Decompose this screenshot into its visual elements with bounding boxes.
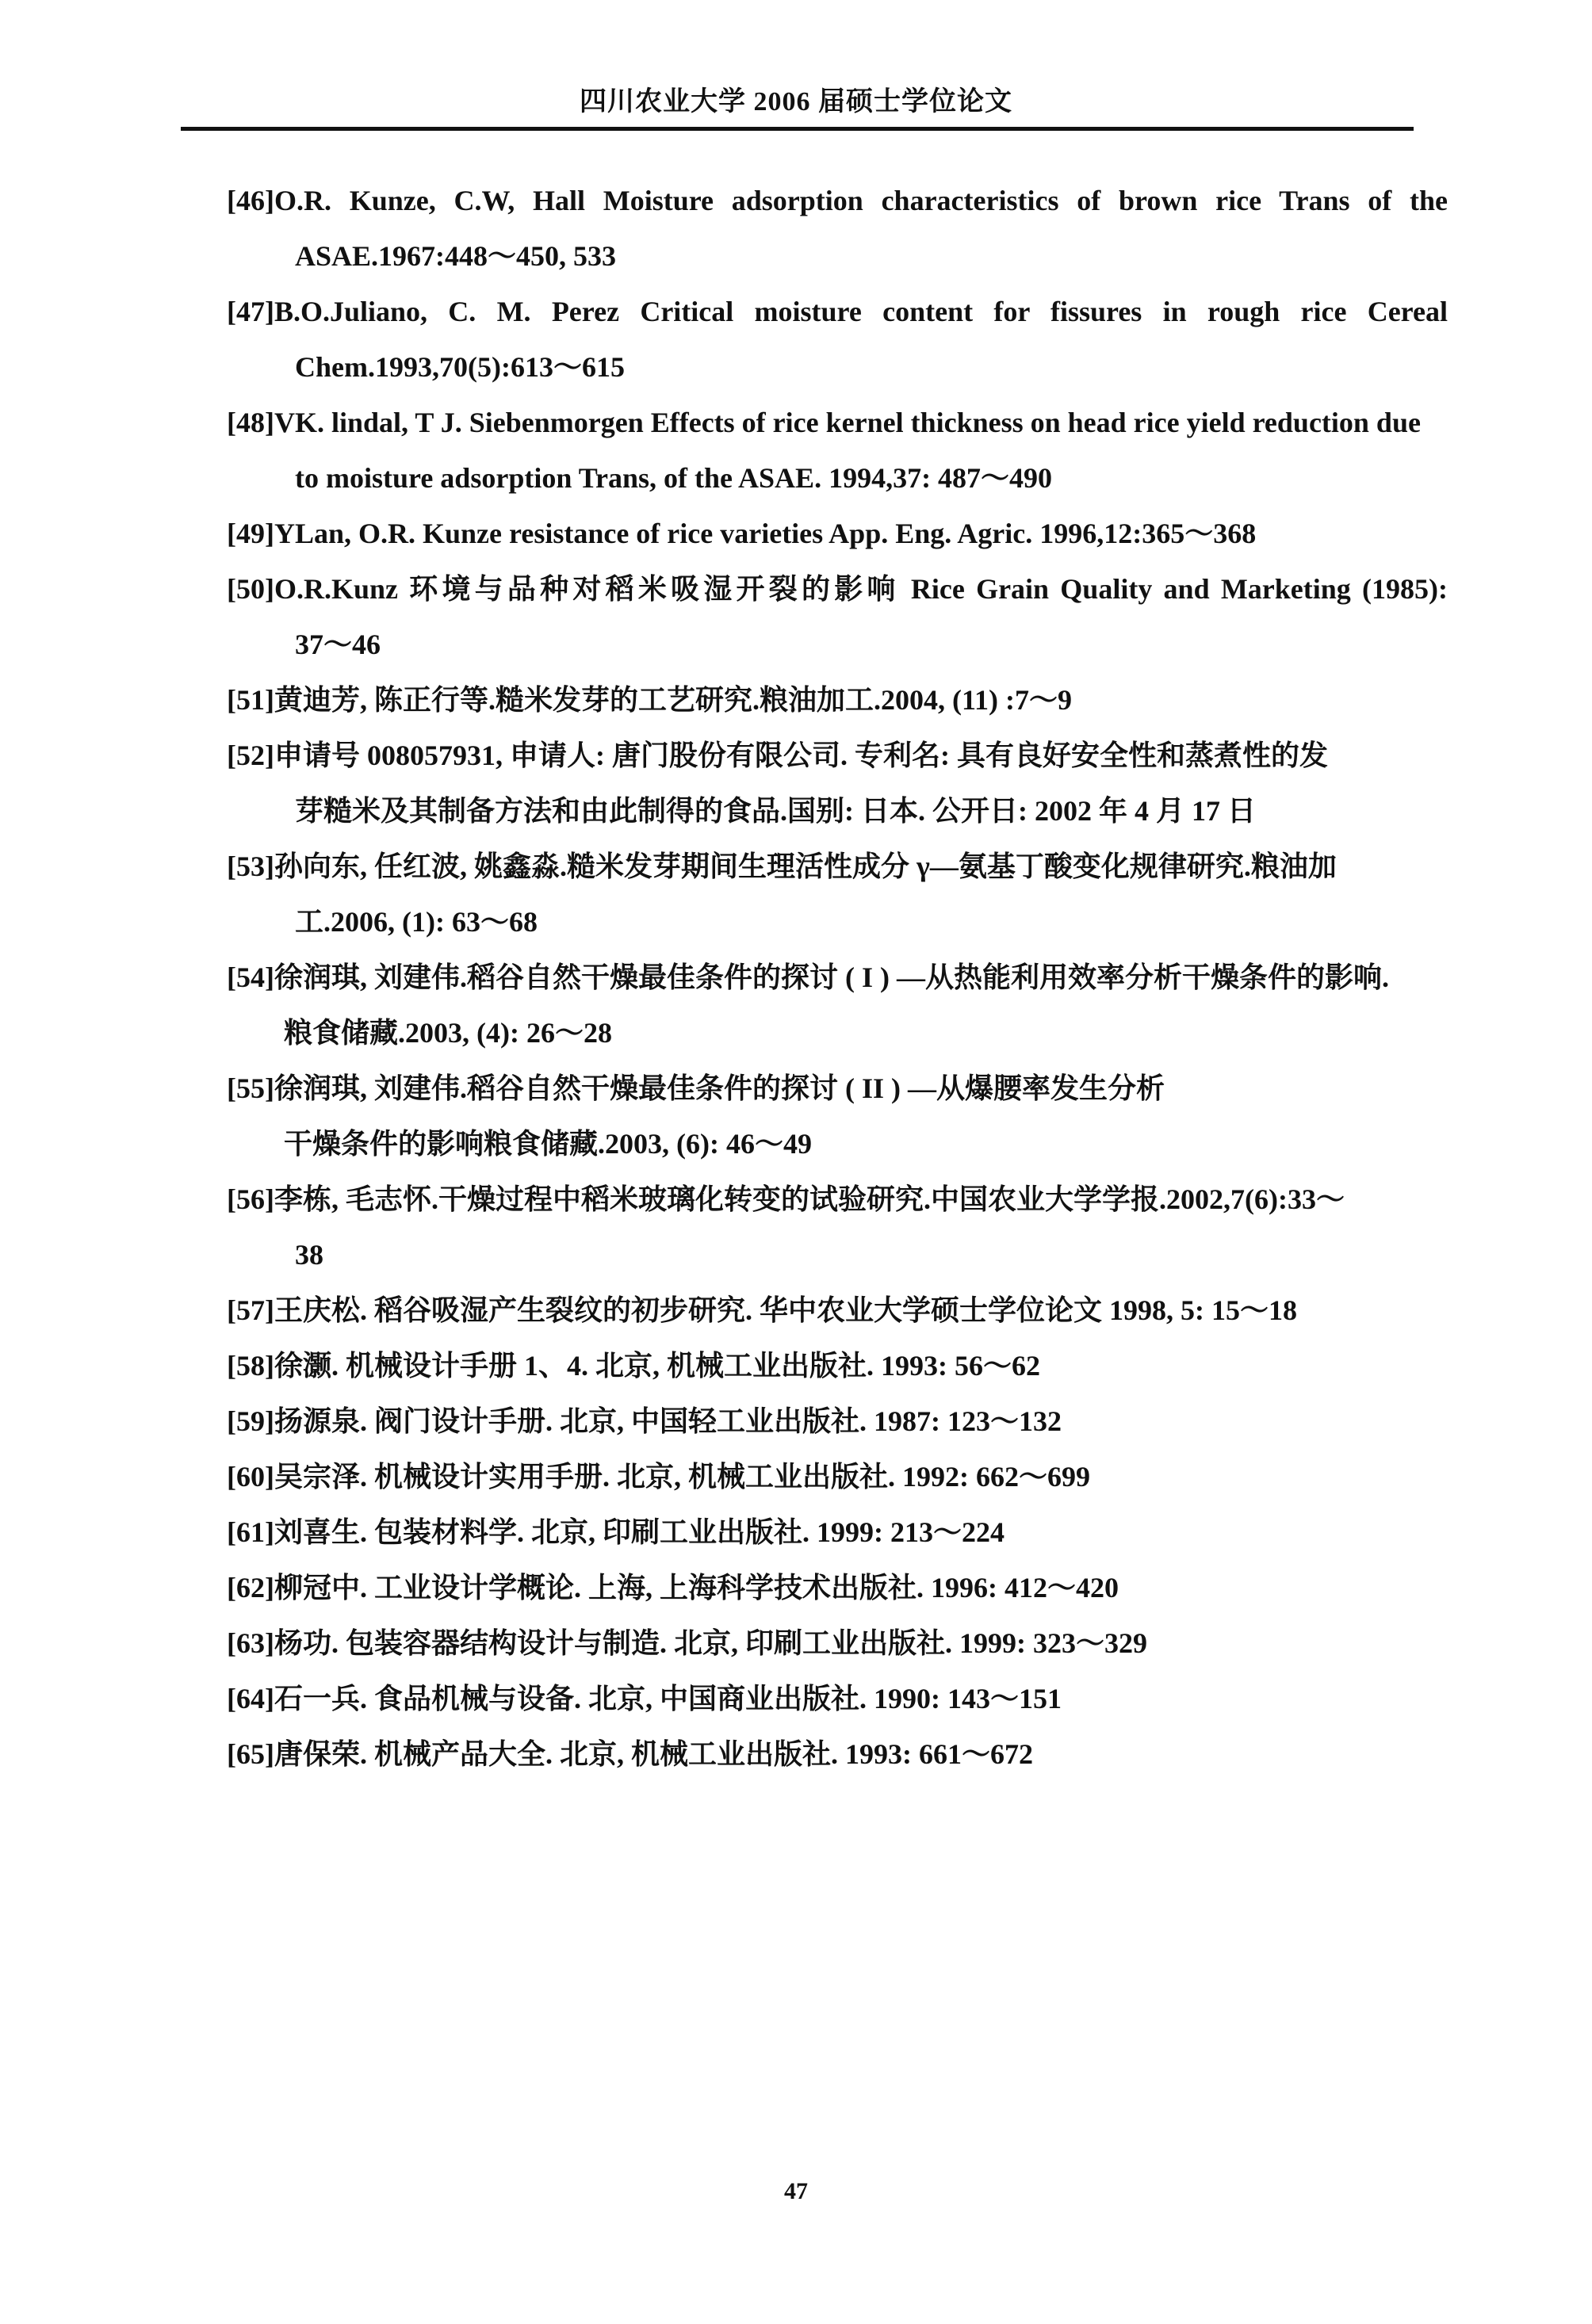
reference-line: [46]O.R. Kunze, C.W, Hall Moisture adsor… <box>227 173 1448 228</box>
reference-line: [55]徐润琪, 刘建伟.稻谷自然干燥最佳条件的探讨 ( II ) —从爆腰率发… <box>227 1061 1448 1116</box>
reference-63: [63]杨功. 包装容器结构设计与制造. 北京, 印刷工业出版社. 1999: … <box>227 1615 1448 1671</box>
reference-line: [56]李栋, 毛志怀.干燥过程中稻米玻璃化转变的试验研究.中国农业大学学报.2… <box>227 1172 1448 1227</box>
reference-60: [60]吴宗泽. 机械设计实用手册. 北京, 机械工业出版社. 1992: 66… <box>227 1449 1448 1504</box>
reference-line: [62]柳冠中. 工业设计学概论. 上海, 上海科学技术出版社. 1996: 4… <box>227 1560 1448 1615</box>
header-rule <box>181 127 1414 131</box>
reference-48: [48]VK. lindal, T J. Siebenmorgen Effect… <box>227 395 1448 506</box>
reference-55: [55]徐润琪, 刘建伟.稻谷自然干燥最佳条件的探讨 ( II ) —从爆腰率发… <box>227 1061 1448 1172</box>
reference-line: [49]YLan, O.R. Kunze resistance of rice … <box>227 506 1448 561</box>
reference-47: [47]B.O.Juliano, C. M. Perez Critical mo… <box>227 284 1448 395</box>
reference-line: [51]黄迪芳, 陈正行等.糙米发芽的工艺研究.粮油加工.2004, (11) … <box>227 672 1448 728</box>
reference-line: [63]杨功. 包装容器结构设计与制造. 北京, 印刷工业出版社. 1999: … <box>227 1615 1448 1671</box>
reference-line: [50]O.R.Kunz 环境与品种对稻米吸湿开裂的影响 Rice Grain … <box>227 561 1448 617</box>
reference-52: [52]申请号 008057931, 申请人: 唐门股份有限公司. 专利名: 具… <box>227 728 1448 839</box>
reference-line: [58]徐灏. 机械设计手册 1、4. 北京, 机械工业出版社. 1993: 5… <box>227 1338 1448 1393</box>
reference-56: [56]李栋, 毛志怀.干燥过程中稻米玻璃化转变的试验研究.中国农业大学学报.2… <box>227 1172 1448 1282</box>
reference-57: [57]王庆松. 稻谷吸湿产生裂纹的初步研究. 华中农业大学硕士学位论文 199… <box>227 1282 1448 1338</box>
reference-line: [60]吴宗泽. 机械设计实用手册. 北京, 机械工业出版社. 1992: 66… <box>227 1449 1448 1504</box>
reference-line: [52]申请号 008057931, 申请人: 唐门股份有限公司. 专利名: 具… <box>227 728 1448 783</box>
reference-65: [65]唐保荣. 机械产品大全. 北京, 机械工业出版社. 1993: 661～… <box>227 1726 1448 1782</box>
page-number: 47 <box>0 2178 1592 2205</box>
reference-line: 芽糙米及其制备方法和由此制得的食品.国别: 日本. 公开日: 2002 年 4 … <box>227 783 1448 839</box>
reference-line: [47]B.O.Juliano, C. M. Perez Critical mo… <box>227 284 1448 339</box>
reference-line: 粮食储藏.2003, (4): 26～28 <box>227 1005 1448 1061</box>
reference-line: 38 <box>227 1227 1448 1282</box>
reference-line: [48]VK. lindal, T J. Siebenmorgen Effect… <box>227 395 1448 450</box>
reference-line: 干燥条件的影响粮食储藏.2003, (6): 46～49 <box>227 1116 1448 1172</box>
page-header: 四川农业大学 2006 届硕士学位论文 <box>0 79 1592 118</box>
reference-line: 37～46 <box>227 617 1448 672</box>
reference-49: [49]YLan, O.R. Kunze resistance of rice … <box>227 506 1448 561</box>
reference-list: [46]O.R. Kunze, C.W, Hall Moisture adsor… <box>227 173 1448 1782</box>
reference-59: [59]扬源泉. 阀门设计手册. 北京, 中国轻工业出版社. 1987: 123… <box>227 1393 1448 1449</box>
reference-line: [65]唐保荣. 机械产品大全. 北京, 机械工业出版社. 1993: 661～… <box>227 1726 1448 1782</box>
reference-line: [53]孙向东, 任红波, 姚鑫淼.糙米发芽期间生理活性成分 γ—氨基丁酸变化规… <box>227 839 1448 894</box>
reference-54: [54]徐润琪, 刘建伟.稻谷自然干燥最佳条件的探讨 ( I ) —从热能利用效… <box>227 950 1448 1061</box>
reference-64: [64]石一兵. 食品机械与设备. 北京, 中国商业出版社. 1990: 143… <box>227 1671 1448 1726</box>
reference-62: [62]柳冠中. 工业设计学概论. 上海, 上海科学技术出版社. 1996: 4… <box>227 1560 1448 1615</box>
reference-line: 工.2006, (1): 63～68 <box>227 894 1448 950</box>
reference-61: [61]刘喜生. 包装材料学. 北京, 印刷工业出版社. 1999: 213～2… <box>227 1504 1448 1560</box>
reference-46: [46]O.R. Kunze, C.W, Hall Moisture adsor… <box>227 173 1448 284</box>
reference-line: [61]刘喜生. 包装材料学. 北京, 印刷工业出版社. 1999: 213～2… <box>227 1504 1448 1560</box>
reference-line: to moisture adsorption Trans, of the ASA… <box>227 450 1448 506</box>
reference-line: [54]徐润琪, 刘建伟.稻谷自然干燥最佳条件的探讨 ( I ) —从热能利用效… <box>227 950 1448 1005</box>
reference-line: [64]石一兵. 食品机械与设备. 北京, 中国商业出版社. 1990: 143… <box>227 1671 1448 1726</box>
reference-line: [57]王庆松. 稻谷吸湿产生裂纹的初步研究. 华中农业大学硕士学位论文 199… <box>227 1282 1448 1338</box>
reference-58: [58]徐灏. 机械设计手册 1、4. 北京, 机械工业出版社. 1993: 5… <box>227 1338 1448 1393</box>
reference-line: [59]扬源泉. 阀门设计手册. 北京, 中国轻工业出版社. 1987: 123… <box>227 1393 1448 1449</box>
reference-line: Chem.1993,70(5):613～615 <box>227 339 1448 395</box>
reference-line: ASAE.1967:448～450, 533 <box>227 228 1448 284</box>
reference-53: [53]孙向东, 任红波, 姚鑫淼.糙米发芽期间生理活性成分 γ—氨基丁酸变化规… <box>227 839 1448 950</box>
reference-51: [51]黄迪芳, 陈正行等.糙米发芽的工艺研究.粮油加工.2004, (11) … <box>227 672 1448 728</box>
reference-50: [50]O.R.Kunz 环境与品种对稻米吸湿开裂的影响 Rice Grain … <box>227 561 1448 672</box>
